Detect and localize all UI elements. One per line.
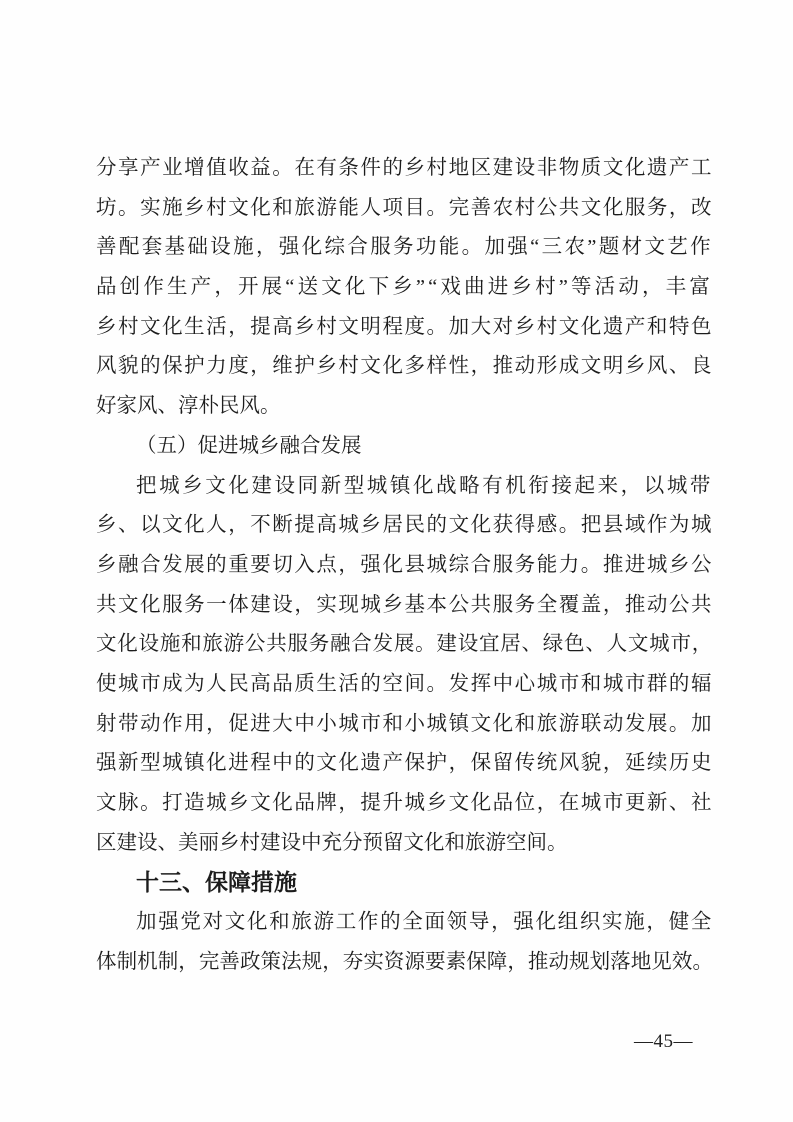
paragraph-urban-rural-integration-line: 文化设施和旅游公共服务融合发展。建设宜居、绿色、人文城市，: [96, 625, 713, 665]
paragraph-rural-culture-continuation-line: 分享产业增值收益。在有条件的乡村地区建设非物质文化遗产工: [96, 149, 713, 189]
paragraph-rural-culture-continuation-line: 品创作生产，开展“送文化下乡”“戏曲进乡村”等活动，丰富: [96, 268, 713, 308]
document-page: 分享产业增值收益。在有条件的乡村地区建设非物质文化遗产工坊。实施乡村文化和旅游能…: [0, 0, 793, 1122]
paragraph-rural-culture-continuation-line: 风貌的保护力度，维护乡村文化多样性，推动形成文明乡风、良: [96, 347, 713, 387]
paragraph-urban-rural-integration-line: 使城市成为人民高品质生活的空间。发挥中心城市和城市群的辐: [96, 665, 713, 705]
paragraph-rural-culture-continuation-line: 善配套基础设施，强化综合服务功能。加强“三农”题材文艺作: [96, 228, 713, 268]
paragraph-rural-culture-continuation-line: 乡村文化生活，提高乡村文明程度。加大对乡村文化遗产和特色: [96, 308, 713, 348]
paragraph-urban-rural-integration-line: 乡融合发展的重要切入点，强化县城综合服务能力。推进城乡公: [96, 546, 713, 586]
paragraph-urban-rural-integration-line: 强新型城镇化进程中的文化遗产保护，保留传统风貌，延续历史: [96, 744, 713, 784]
paragraph-safeguard-measures-line: 加强党对文化和旅游工作的全面领导，强化组织实施，健全: [96, 903, 713, 943]
paragraph-rural-culture-continuation-line: 好家风、淳朴民风。: [96, 387, 713, 427]
subheading-urban-rural-integration-line: （五）促进城乡融合发展: [96, 427, 713, 467]
paragraph-safeguard-measures-line: 体制机制，完善政策法规，夯实资源要素保障，推动规划落地见效。: [96, 943, 713, 983]
page-number: —45—: [634, 1031, 693, 1053]
text-block: 分享产业增值收益。在有条件的乡村地区建设非物质文化遗产工坊。实施乡村文化和旅游能…: [96, 149, 713, 982]
paragraph-urban-rural-integration-line: 区建设、美丽乡村建设中充分预留文化和旅游空间。: [96, 824, 713, 864]
paragraph-urban-rural-integration-line: 把城乡文化建设同新型城镇化战略有机衔接起来，以城带: [96, 467, 713, 507]
heading-safeguard-measures-line: 十三、保障措施: [96, 863, 713, 903]
paragraph-urban-rural-integration-line: 乡、以文化人，不断提高城乡居民的文化获得感。把县域作为城: [96, 506, 713, 546]
paragraph-urban-rural-integration-line: 射带动作用，促进大中小城市和小城镇文化和旅游联动发展。加: [96, 705, 713, 745]
paragraph-urban-rural-integration-line: 共文化服务一体建设，实现城乡基本公共服务全覆盖，推动公共: [96, 586, 713, 626]
paragraph-rural-culture-continuation-line: 坊。实施乡村文化和旅游能人项目。完善农村公共文化服务，改: [96, 189, 713, 229]
paragraph-urban-rural-integration-line: 文脉。打造城乡文化品牌，提升城乡文化品位，在城市更新、社: [96, 784, 713, 824]
